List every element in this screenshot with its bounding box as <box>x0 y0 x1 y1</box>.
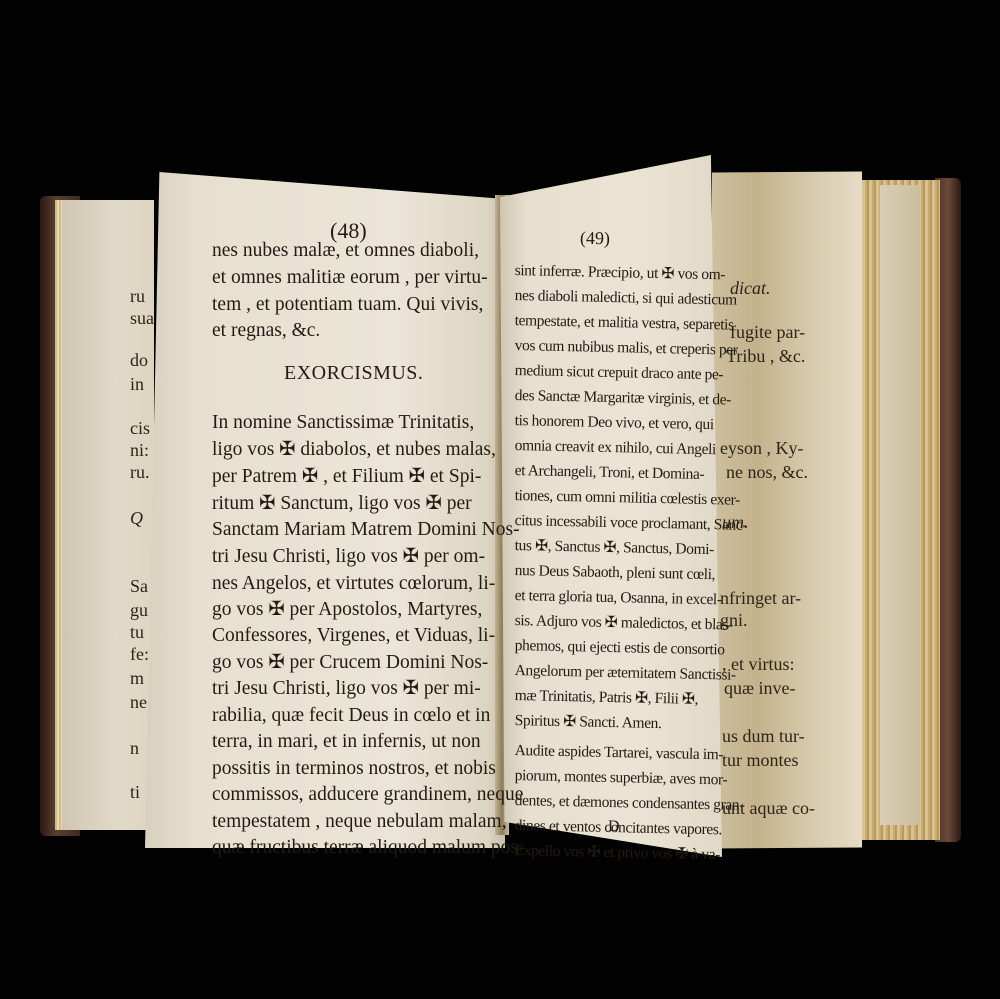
text-line: In nomine Sanctissimæ Trinitatis, <box>212 410 474 437</box>
text-line: tempestatem , neque nebulam malam, <box>212 809 507 836</box>
text-line: ligo vos ✠ diabolos, et nubes malas, <box>212 437 496 464</box>
photo-scene: ru sua do in cis ni: ru. Q Sa gu tu fe: … <box>0 0 1000 999</box>
text-line: Spiritus ✠ Sancti. Amen. <box>514 708 661 737</box>
text-line: Expello vos ✠ et privo vos ✠ à va- <box>514 838 720 868</box>
text-line: tem , et potentiam tuam. Qui vivis, <box>212 292 483 319</box>
side-left-fragment: ni: <box>130 438 154 462</box>
side-left-fragment: Sa <box>130 574 154 598</box>
section-heading: EXORCISMUS. <box>284 362 423 385</box>
text-line: Confessores, Virgenes, et Viduas, li- <box>212 623 495 650</box>
text-line: possitis in terminos nostros, et nobis <box>212 756 496 783</box>
text-line: per Patrem ✠ , et Filium ✠ et Spi- <box>212 464 481 491</box>
side-left-fragment: in <box>130 372 154 396</box>
text-line: rabilia, quæ fecit Deus in cœlo et in <box>212 703 490 730</box>
text-line: et regnas, &c. <box>212 318 320 345</box>
side-right-fragment: eyson , Ky- <box>720 436 804 460</box>
side-left-fragment: do <box>130 348 154 372</box>
side-right-fragment: ne nos, &c. <box>726 460 808 484</box>
page-number-right: (49) <box>580 228 610 250</box>
side-left-fragment: sua <box>130 306 154 330</box>
text-line: Sanctam Mariam Matrem Domini Nos- <box>212 517 520 544</box>
side-left-fragment: cis <box>130 416 154 440</box>
text-line: nes Angelos, et virtutes cœlorum, li- <box>212 571 495 598</box>
text-line: go vos ✠ per Crucem Domini Nos- <box>212 650 488 677</box>
side-right-fragment: fugite par- <box>730 320 805 344</box>
side-right-fragment: Tribu , &c. <box>726 344 805 368</box>
side-left-fragment: ru <box>130 284 154 308</box>
text-line: tri Jesu Christi, ligo vos ✠ per mi- <box>212 676 481 703</box>
signature-mark: D <box>608 818 620 836</box>
text-line: tri Jesu Christi, ligo vos ✠ per om- <box>212 544 485 571</box>
page-edge-inner <box>880 185 920 825</box>
side-right-fragment: nfringet ar- <box>720 586 801 610</box>
side-left-fragment: Q <box>130 506 154 530</box>
text-line: nes nubes malæ, et omnes diaboli, <box>212 238 479 265</box>
text-line: commissos, adducere grandinem, neque <box>212 782 523 809</box>
text-line: terra, in mari, et in infernis, ut non <box>212 729 481 756</box>
side-left-fragment: ru. <box>130 460 154 484</box>
text-line: et omnes malitiæ eorum , per virtu- <box>212 265 488 292</box>
text-line: ritum ✠ Sanctum, ligo vos ✠ per <box>212 491 472 518</box>
text-line: go vos ✠ per Apostolos, Martyres, <box>212 597 482 624</box>
text-line: quæ fructibus terræ aliquod malum pos- <box>212 835 525 862</box>
side-right-fragment: tur montes <box>722 748 799 772</box>
side-right-fragment: us dum tur- <box>722 724 805 748</box>
